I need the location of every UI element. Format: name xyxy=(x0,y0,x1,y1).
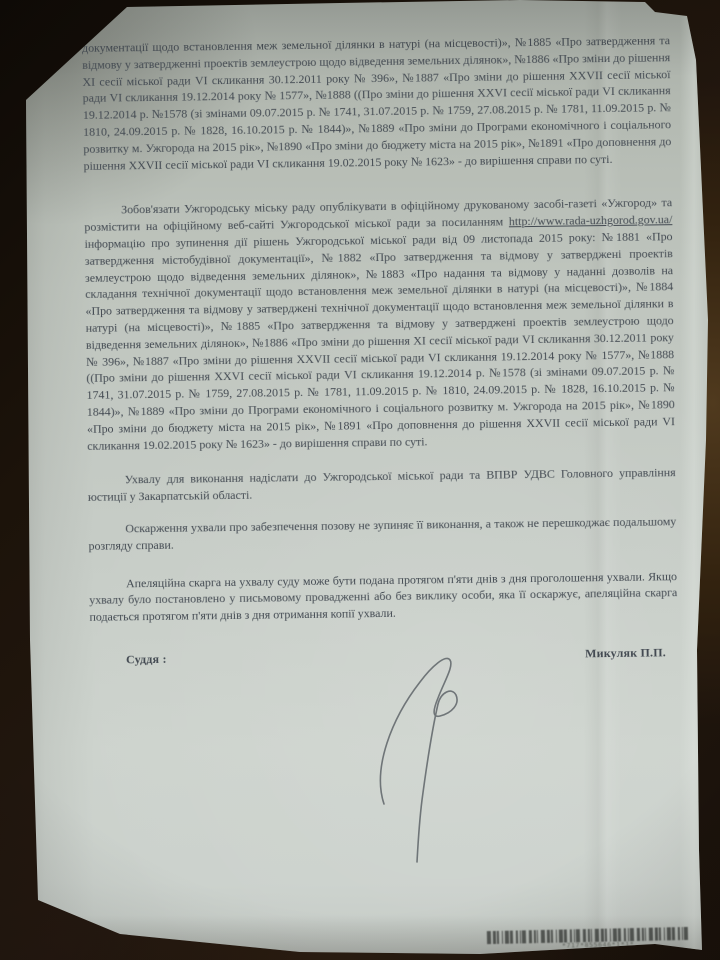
judge-label: Суддя : xyxy=(126,651,167,668)
judge-name: Микуляк П.П. xyxy=(585,644,666,662)
barcode: *717*855646*1*1* xyxy=(487,927,691,951)
paragraph-publication-order: Зобов'язати Ужгородську міську раду опуб… xyxy=(84,195,675,455)
paragraph-suspended-resolutions: документації щодо встановлення меж земел… xyxy=(82,32,672,174)
photo-background: документації щодо встановлення меж земел… xyxy=(0,0,720,960)
paragraph-appeal-no-suspend: Оскарження ухвали про забезпечення позов… xyxy=(88,513,676,554)
paragraph-appeal-term: Апеляційна скарга на ухвалу суду може бу… xyxy=(89,568,678,626)
publication-order-text-cont: інформацію про зупинення дії рішень Ужго… xyxy=(84,229,675,452)
signature-scribble xyxy=(358,648,488,866)
paper-sheet: документації щодо встановлення меж земел… xyxy=(0,0,720,960)
paragraph-enforcement: Ухвалу для виконання надіслати до Ужгоро… xyxy=(88,464,676,505)
council-website-link: http://www.rada-uzhgorod.gov.ua/ xyxy=(509,212,673,228)
document-text: документації щодо встановлення меж земел… xyxy=(82,32,678,668)
